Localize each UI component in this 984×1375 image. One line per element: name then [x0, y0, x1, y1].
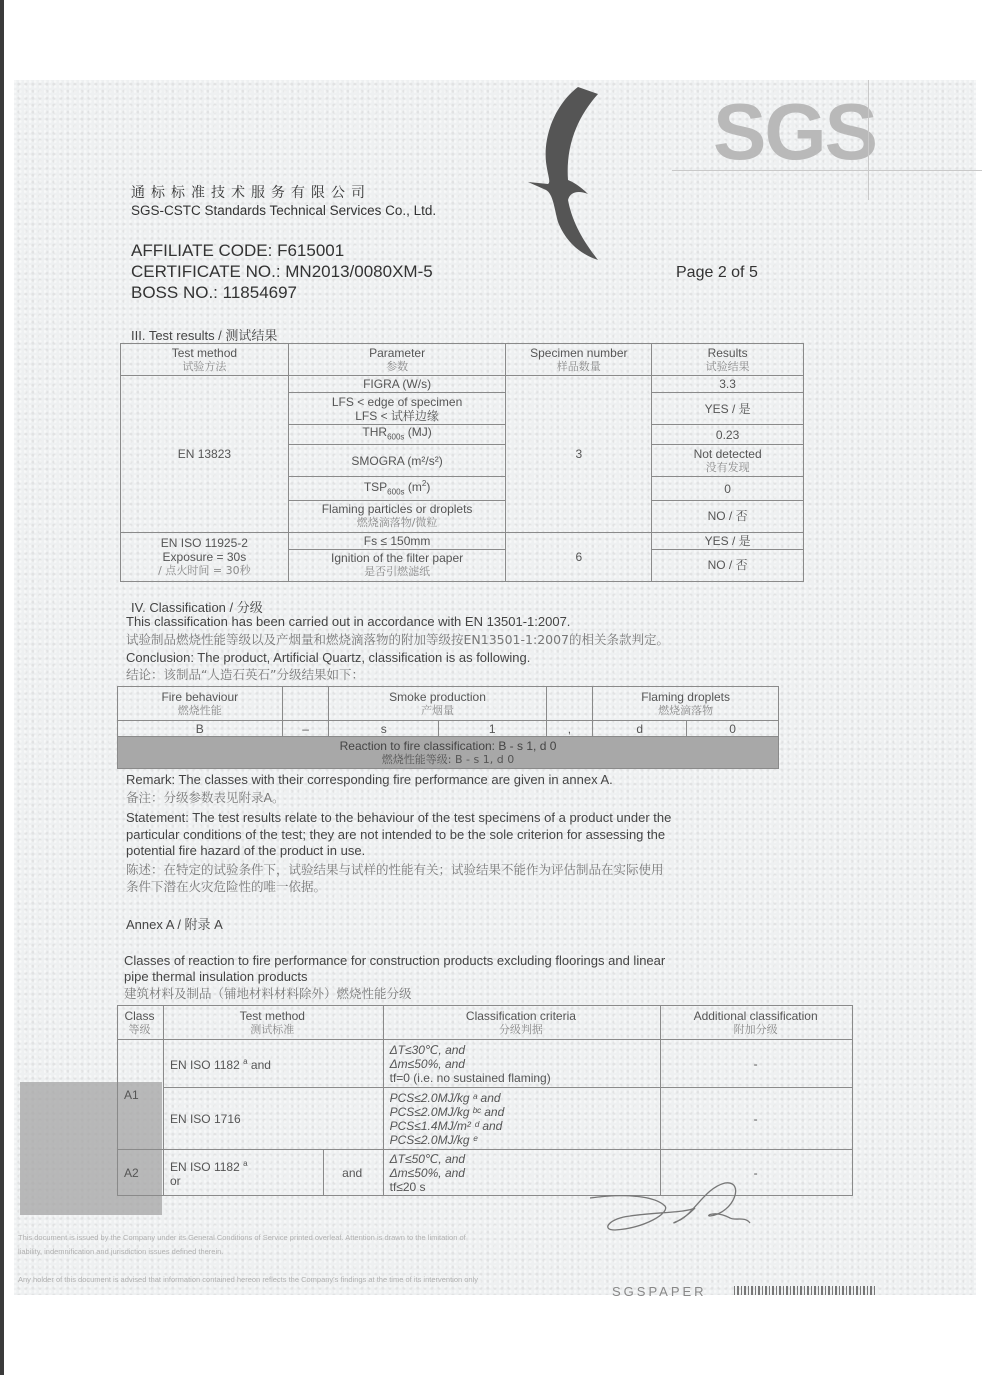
table-row: A1 EN ISO 1182 a and ΔT≤30℃, and Δm≤50%,… — [118, 1040, 853, 1088]
class-value: , — [546, 721, 593, 737]
table-row: EN 13823 FIGRA (W/s) 3 3.3 — [121, 376, 804, 393]
remark-cn: 备注：分级参数表见附录A。 — [126, 790, 285, 806]
eagle-logo-icon — [518, 82, 628, 262]
annex-caption-line: pipe thermal insulation products — [124, 969, 308, 985]
class-value: d — [593, 721, 687, 737]
result-cell: YES / 是 — [652, 532, 804, 549]
column-header — [546, 687, 593, 721]
test-method-cell: EN ISO 1716 — [163, 1088, 383, 1150]
classification-result-row: Reaction to fire classification: B - s 1… — [118, 737, 779, 769]
table-row: EN ISO 11925-2 Exposure = 30s / 点火时间 = 3… — [121, 532, 804, 549]
result-cell: NO / 否 — [652, 549, 804, 581]
parameter-cell: THR600s (MJ) — [288, 425, 506, 445]
class-value: 1 — [438, 721, 546, 737]
table-header-row: Class等级 Test method测试标准 Classification c… — [118, 1006, 853, 1040]
classification-result: Reaction to fire classification: B - s 1… — [118, 737, 779, 769]
column-header: Specimen number样品数量 — [506, 344, 652, 376]
barcode-icon — [734, 1286, 876, 1295]
column-header: Smoke production产烟量 — [329, 687, 546, 721]
column-header: Classification criteria分级判据 — [383, 1006, 661, 1040]
logo-rule — [868, 80, 869, 200]
test-method-cell: EN ISO 11925-2 Exposure = 30s / 点火时间 = 3… — [121, 532, 289, 581]
footer-disclaimer: Any holder of this document is advised t… — [18, 1275, 478, 1284]
table-row: B – s 1 , d 0 — [118, 721, 779, 737]
statement-line: particular conditions of the test; they … — [126, 827, 665, 843]
additional-cell: - — [661, 1040, 853, 1088]
column-header: Parameter参数 — [288, 344, 506, 376]
annex-caption-cn: 建筑材料及制品（铺地材料材料除外）燃烧性能分级 — [124, 986, 412, 1002]
criteria-cell: ΔT≤30℃, and Δm≤50%, and tf=0 (i.e. no su… — [383, 1040, 661, 1088]
parameter-cell: SMOGRA (m²/s²) — [288, 445, 506, 477]
footer-brand: SGSPAPER — [612, 1284, 707, 1299]
table-header-row: Test method试验方法 Parameter参数 Specimen num… — [121, 344, 804, 376]
sgs-logo: SGS — [713, 92, 876, 172]
result-cell: 3.3 — [652, 376, 804, 393]
column-header: Results试验结果 — [652, 344, 804, 376]
test-results-table: Test method试验方法 Parameter参数 Specimen num… — [120, 343, 804, 582]
column-header: Fire behaviour燃烧性能 — [118, 687, 283, 721]
parameter-cell: Flaming particles or droplets燃烧滴落物/微粒 — [288, 500, 506, 532]
additional-cell: - — [661, 1088, 853, 1150]
class-value: 0 — [687, 721, 779, 737]
table-row: EN ISO 1716 PCS≤2.0MJ/kg ᵃ and PCS≤2.0MJ… — [118, 1088, 853, 1150]
criteria-cell: PCS≤2.0MJ/kg ᵃ and PCS≤2.0MJ/kg ᵇᶜ and P… — [383, 1088, 661, 1150]
parameter-cell: FIGRA (W/s) — [288, 376, 506, 393]
company-name-en: SGS-CSTC Standards Technical Services Co… — [131, 203, 436, 218]
remark: Remark: The classes with their correspon… — [126, 772, 613, 788]
parameter-cell: Ignition of the filter paper是否引燃滤纸 — [288, 549, 506, 581]
column-header: Additional classification附加分级 — [661, 1006, 853, 1040]
certificate-number: CERTIFICATE NO.: MN2013/0080XM-5 — [131, 262, 433, 282]
section-title-test-results: III. Test results / 测试结果 — [131, 325, 277, 344]
footer-disclaimer: liability, indemnification and jurisdict… — [18, 1247, 223, 1256]
result-cell: 0 — [652, 477, 804, 500]
classification-standard-cn: 试验制品燃烧性能等级以及产烟量和燃烧滴落物的附加等级按EN13501-1:200… — [126, 632, 669, 648]
result-cell: Not detected没有发现 — [652, 445, 804, 477]
footer-disclaimer: This document is issued by the Company u… — [18, 1233, 466, 1242]
logo-rule — [672, 170, 982, 171]
result-cell: YES / 是 — [652, 393, 804, 425]
test-method-cell: EN ISO 1182 aor — [163, 1150, 323, 1196]
annex-title: Annex A / 附录 A — [126, 917, 223, 933]
test-method-cell: EN 13823 — [121, 376, 289, 533]
class-cell: A2 — [118, 1150, 164, 1196]
class-cell: A1 — [118, 1040, 164, 1150]
table-header-row: Fire behaviour燃烧性能 Smoke production产烟量 F… — [118, 687, 779, 721]
conclusion-cn: 结论：该制品“人造石英石”分级结果如下： — [126, 667, 364, 683]
conclusion: Conclusion: The product, Artificial Quar… — [126, 650, 530, 666]
class-value: – — [282, 721, 329, 737]
column-header: Flaming droplets燃烧滴落物 — [593, 687, 779, 721]
connector-cell: and — [323, 1150, 383, 1196]
statement-line: potential fire hazard of the product in … — [126, 843, 365, 859]
class-value: B — [118, 721, 283, 737]
specimen-count-cell: 3 — [506, 376, 652, 533]
result-cell: 0.23 — [652, 425, 804, 445]
classification-table: Fire behaviour燃烧性能 Smoke production产烟量 F… — [117, 686, 779, 769]
result-cell: NO / 否 — [652, 500, 804, 532]
test-method-cell: EN ISO 1182 a and — [163, 1040, 383, 1088]
statement-line: Statement: The test results relate to th… — [126, 810, 671, 826]
parameter-cell: LFS < edge of specimenLFS < 试样边缘 — [288, 393, 506, 425]
specimen-count-cell: 6 — [506, 532, 652, 581]
signature-icon — [585, 1168, 765, 1233]
column-header: Test method测试标准 — [163, 1006, 383, 1040]
statement-cn-line: 陈述：在特定的试验条件下，试验结果与试样的性能有关；试验结果不能作为评估制品在实… — [126, 862, 664, 878]
annex-caption-line: Classes of reaction to fire performance … — [124, 953, 665, 969]
classification-standard: This classification has been carried out… — [126, 614, 570, 630]
boss-number: BOSS NO.: 11854697 — [131, 283, 297, 303]
statement-cn-line: 条件下潜在火灾危险性的唯一依据。 — [126, 879, 326, 895]
class-value: s — [329, 721, 439, 737]
parameter-cell: TSP600s (m2) — [288, 477, 506, 500]
company-name-cn: 通标标准技术服务有限公司 — [131, 182, 371, 202]
affiliate-code: AFFILIATE CODE: F615001 — [131, 241, 344, 261]
column-header: Class等级 — [118, 1006, 164, 1040]
parameter-cell: Fs ≤ 150mm — [288, 532, 506, 549]
scan-edge — [0, 0, 4, 1375]
column-header: Test method试验方法 — [121, 344, 289, 376]
column-header — [282, 687, 329, 721]
page-number: Page 2 of 5 — [676, 264, 758, 282]
